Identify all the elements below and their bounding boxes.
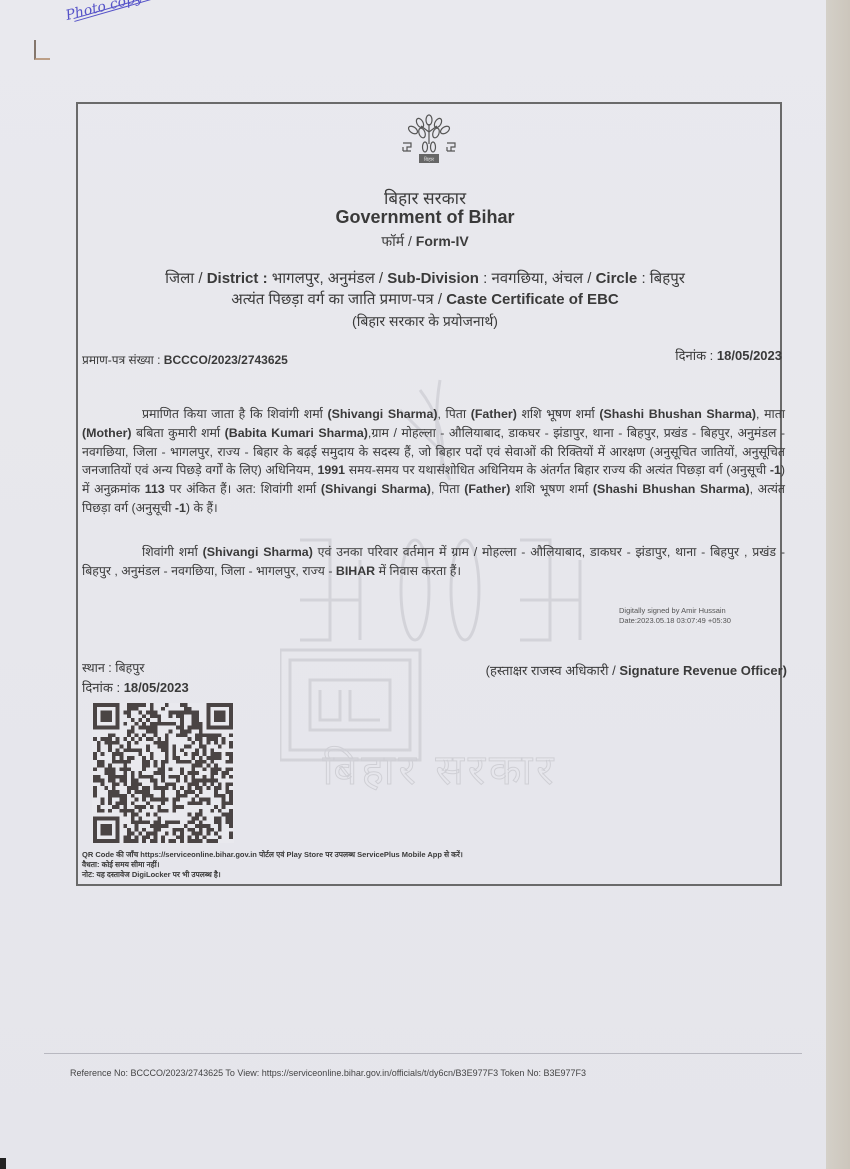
staple-mark [34,40,50,60]
district-value: भागलपुर [272,270,320,287]
reference-footer: Reference No: BCCCO/2023/2743625 To View… [70,1068,586,1078]
scan-corner [0,1158,6,1169]
certificate-date-row: दिनांक : 18/05/2023 [675,346,782,364]
digital-signature: Digitally signed by Amir Hussain Date:20… [619,606,731,626]
subdivision-label-hindi: अनुमंडल [328,270,375,287]
qr-note-validity: वैधता: कोई समय सीमा नहीं। [82,860,463,870]
subdivision-label: Sub-Division [387,270,479,287]
bihar-government-emblem-icon: बिहार [400,110,458,166]
issue-place-value: बिहपुर [115,661,144,675]
form-label: फॉर्म / Form-IV [0,232,850,251]
government-title-hindi: बिहार सरकार [0,186,850,209]
digital-signature-date: Date:2023.05.18 03:07:49 +05:30 [619,616,731,626]
certificate-purpose: (बिहार सरकार के प्रयोजनार्थ) [0,312,850,331]
footer-divider [44,1053,802,1054]
scan-edge [826,0,850,1169]
district-label: District [207,270,259,287]
certificate-number: BCCCO/2023/2743625 [164,353,288,367]
qr-code-icon[interactable] [92,703,234,843]
issue-place-label: स्थान : [82,661,112,675]
qr-note-digilocker: नोट: यह दस्तावेज DigiLocker पर भी उपलब्ध… [82,870,463,880]
certification-text: प्रमाणित किया जाता है कि शिवांगी शर्मा (… [82,407,785,515]
signatory: (हस्ताक्षर राजस्व अधिकारी / Signature Re… [486,661,787,679]
certificate-date: 18/05/2023 [717,348,782,363]
residence-paragraph: शिवांगी शर्मा (Shivangi Sharma) एवं उनका… [82,543,785,581]
certificate-date-label: दिनांक : [675,348,713,363]
location-line: जिला / District : भागलपुर, अनुमंडल / Sub… [0,268,850,288]
certificate-number-label: प्रमाण-पत्र संख्या : [82,353,160,367]
digital-signature-signer: Digitally signed by Amir Hussain [619,606,731,616]
circle-value: बिहपुर [650,270,685,287]
residence-text: शिवांगी शर्मा (Shivangi Sharma) एवं उनका… [82,545,785,578]
circle-label: Circle [596,270,638,287]
certification-paragraph: प्रमाणित किया जाता है कि शिवांगी शर्मा (… [82,405,785,518]
signatory-english: Signature Revenue Officer) [619,663,787,678]
qr-verification-note: QR Code की जाँच https://serviceonline.bi… [82,850,463,880]
issue-date: दिनांक : 18/05/2023 [82,678,189,696]
form-label-hindi: फॉर्म [381,233,404,249]
district-label-hindi: जिला [165,270,194,287]
certificate-type-english: Caste Certificate of EBC [446,291,619,308]
certificate-type-hindi: अत्यंत पिछड़ा वर्ग का जाति प्रमाण-पत्र [231,291,433,308]
issue-place: स्थान : बिहपुर [82,659,144,676]
certificate-type: अत्यंत पिछड़ा वर्ग का जाति प्रमाण-पत्र /… [0,289,850,309]
issue-date-value: 18/05/2023 [124,680,189,695]
certificate-number-row: प्रमाण-पत्र संख्या : BCCCO/2023/2743625 [82,351,288,368]
svg-text:बिहार: बिहार [424,156,435,163]
signatory-hindi: (हस्ताक्षर राजस्व अधिकारी [486,663,609,678]
qr-note-verify: QR Code की जाँच https://serviceonline.bi… [82,850,463,860]
subdivision-value: नवगछिया [491,270,543,287]
circle-label-hindi: अंचल [552,270,583,287]
government-title-english: Government of Bihar [0,207,850,228]
issue-date-label: दिनांक : [82,680,120,695]
form-label-english: Form-IV [416,233,469,249]
